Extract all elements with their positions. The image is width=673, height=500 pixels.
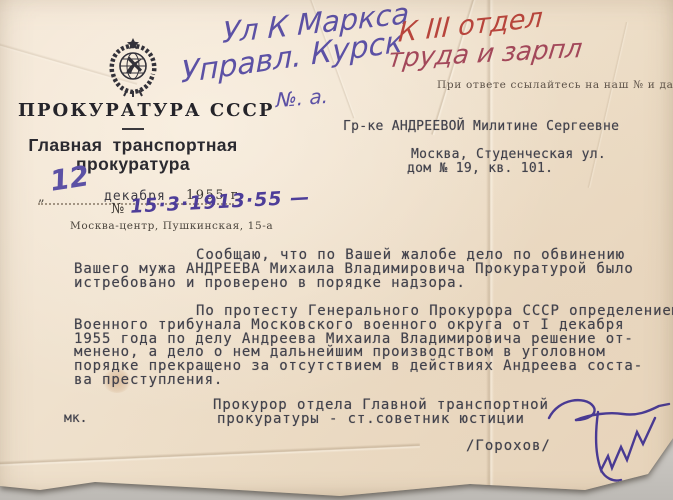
division-name-line1: Главная транспортная <box>18 136 248 155</box>
typist-initials: мк. <box>64 411 87 426</box>
letterhead-divider <box>122 128 144 130</box>
signer-name: /Горохов/ <box>466 438 551 454</box>
fold-crease-bottom <box>0 443 420 468</box>
recipient-house: дом № 19, кв. 101. <box>407 161 553 176</box>
date-open-quote: „ <box>38 190 45 205</box>
body-line: истребовано и проверено в порядке надзор… <box>74 277 673 291</box>
scanned-letter: ПРОКУРАТУРА СССР Главная транспортная пр… <box>0 0 673 500</box>
letter-body: Сообщаю, что по Вашей жалобе дело по обв… <box>74 249 673 388</box>
recipient-name: Гр-ке АНДРЕЕВОЙ Милитине Сергеевне <box>343 119 619 134</box>
office-address: Москва-центр, Пушкинская, 15-а <box>70 220 273 232</box>
reference-note: При ответе ссылайтесь на наш № и дату <box>437 79 673 91</box>
org-name: ПРОКУРАТУРА СССР <box>18 100 248 121</box>
annotation-mark: №. а. <box>276 84 328 113</box>
number-line: № 15·3·1913·55 — <box>111 198 124 217</box>
letter-paper: ПРОКУРАТУРА СССР Главная транспортная пр… <box>0 0 673 500</box>
paper-shadow: ПРОКУРАТУРА СССР Главная транспортная пр… <box>0 0 673 500</box>
handwritten-signature <box>543 392 671 488</box>
handwritten-day: 12 <box>48 159 92 198</box>
fold-crease-right <box>587 22 629 189</box>
recipient-street: Москва, Студенческая ул. <box>411 147 606 162</box>
signer-title-line2: прокуратуры - ст.советник юстиции <box>217 411 525 427</box>
body-line: ва преступления. <box>74 374 673 388</box>
soviet-emblem-icon <box>102 38 164 98</box>
number-label: № <box>111 201 124 217</box>
